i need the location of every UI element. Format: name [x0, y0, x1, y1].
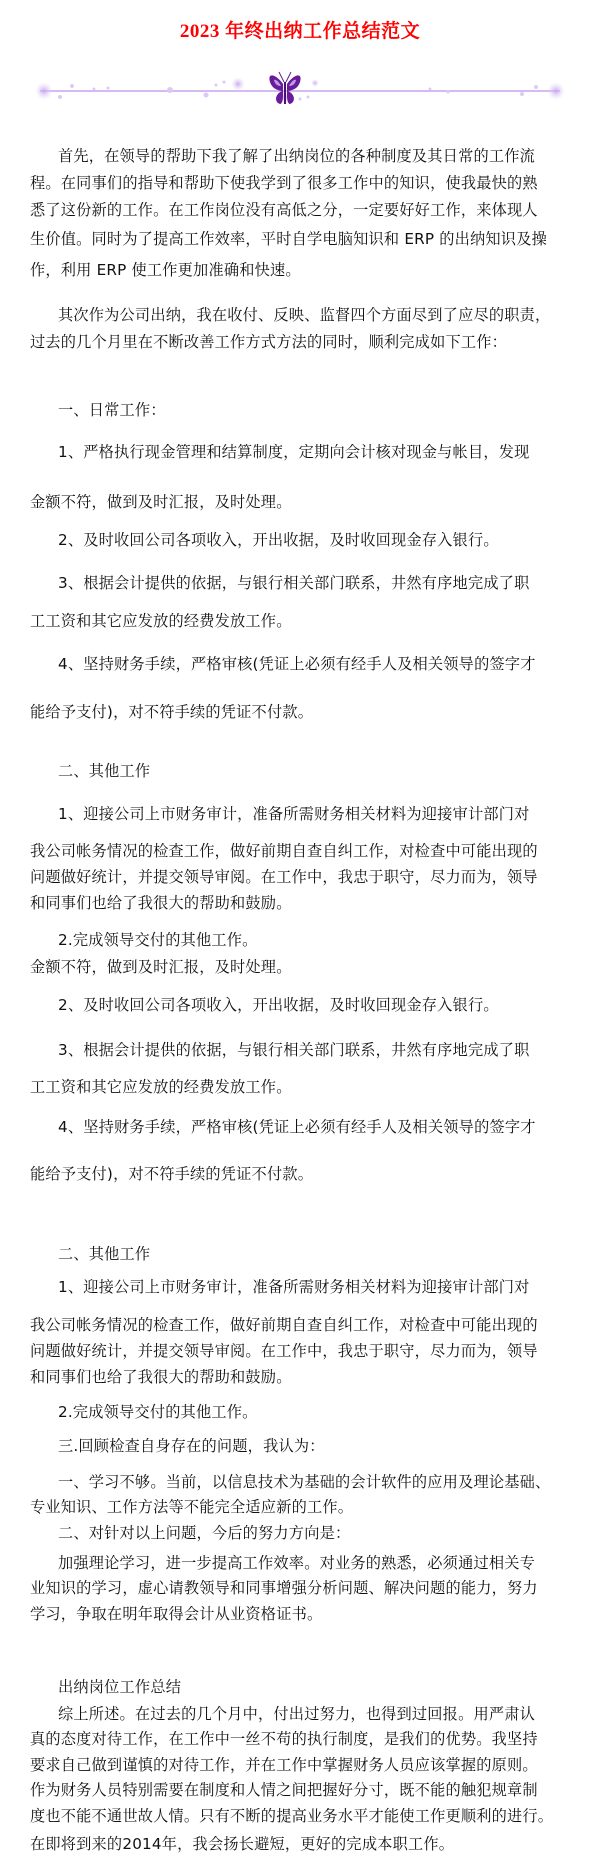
text-line: 出纳岗位工作总结 — [58, 1677, 181, 1697]
text-line: 1、迎接公司上市财务审计，准备所需财务相关材料为迎接审计部门对 — [58, 1277, 530, 1297]
text-line: 二、其他工作 — [58, 761, 150, 781]
text-line: 作为财务人员特别需要在制度和人情之间把握好分寸，既不能的触犯规章制 — [30, 1780, 538, 1800]
text-line: 问题做好统计，并提交领导审阅。在工作中，我忠于职守，尽力而为，领导 — [30, 867, 538, 887]
document-title: 2023 年终出纳工作总结范文 — [0, 16, 600, 43]
text-line: 2、及时收回公司各项收入，开出收据，及时收回现金存入银行。 — [58, 995, 499, 1015]
text-line: 1、迎接公司上市财务审计，准备所需财务相关材料为迎接审计部门对 — [58, 804, 530, 824]
text-line: 3、根据会计提供的依据，与银行相关部门联系，井然有序地完成了职 — [58, 1040, 530, 1060]
text-line: 金额不符，做到及时汇报，及时处理。 — [30, 492, 292, 512]
text-line: 度也不能不通世故人情。只有不断的提高业务水平才能使工作更顺利的进行。 — [30, 1806, 553, 1826]
butterfly-divider-icon — [30, 66, 570, 110]
text-line: 生价值。同时为了提高工作效率，平时自学电脑知识和 ERP 的出纳知识及操 — [30, 229, 547, 249]
text-line: 我公司帐务情况的检查工作，做好前期自查自纠工作，对检查中可能出现的 — [30, 841, 538, 861]
text-line: 真的态度对待工作，在工作中一丝不苟的执行制度，是我们的优势。我坚持 — [30, 1729, 538, 1749]
text-line: 一、学习不够。当前，以信息技术为基础的会计软件的应用及理论基础、 — [58, 1472, 550, 1492]
text-line: 首先，在领导的帮助下我了解了出纳岗位的各种制度及其日常的工作流 — [58, 146, 535, 166]
text-line: 程。在同事们的指导和帮助下使我学到了很多工作中的知识，使我最快的熟 — [30, 173, 538, 193]
decorative-divider — [30, 66, 570, 110]
text-line: 能给予支付)，对不符手续的凭证不付款。 — [30, 1164, 313, 1184]
text-line: 金额不符，做到及时汇报，及时处理。 — [30, 957, 292, 977]
text-line: 过去的几个月里在不断改善工作方式方法的同时，顺利完成如下工作： — [30, 332, 507, 352]
text-line: 作，利用 ERP 使工作更加准确和快速。 — [30, 260, 301, 280]
text-line: 一、日常工作： — [58, 400, 166, 420]
text-line: 工工资和其它应发放的经费发放工作。 — [30, 1077, 292, 1097]
text-line: 和同事们也给了我很大的帮助和鼓励。 — [30, 893, 292, 913]
text-line: 3、根据会计提供的依据，与银行相关部门联系，井然有序地完成了职 — [58, 573, 530, 593]
text-line: 学习，争取在明年取得会计从业资格证书。 — [30, 1604, 322, 1624]
text-line: 专业知识、工作方法等不能完全适应新的工作。 — [30, 1497, 353, 1517]
text-line: 2.完成领导交付的其他工作。 — [58, 1402, 258, 1422]
text-line: 综上所述。在过去的几个月中，付出过努力，也得到过回报。用严肃认 — [58, 1704, 535, 1724]
text-line: 能给予支付)，对不符手续的凭证不付款。 — [30, 702, 313, 722]
text-line: 要求自己做到谨慎的对待工作，并在工作中掌握财务人员应该掌握的原则。 — [30, 1755, 538, 1775]
text-line: 二、对针对以上问题，今后的努力方向是： — [58, 1523, 350, 1543]
text-line: 1、严格执行现金管理和结算制度，定期向会计核对现金与帐目，发现 — [58, 442, 530, 462]
text-line: 三.回顾检查自身存在的问题，我认为： — [58, 1436, 325, 1456]
text-line: 4、坚持财务手续，严格审核(凭证上必须有经手人及相关领导的签字才 — [58, 1117, 536, 1137]
text-line: 我公司帐务情况的检查工作，做好前期自查自纠工作，对检查中可能出现的 — [30, 1315, 538, 1335]
text-line: 二、其他工作 — [58, 1244, 150, 1264]
text-line: 4、坚持财务手续，严格审核(凭证上必须有经手人及相关领导的签字才 — [58, 654, 536, 674]
text-line: 其次作为公司出纳，我在收付、反映、监督四个方面尽到了应尽的职责， — [58, 305, 550, 325]
text-line: 2、及时收回公司各项收入，开出收据，及时收回现金存入银行。 — [58, 530, 499, 550]
text-line: 业知识的学习，虚心请教领导和同事增强分析问题、解决问题的能力，努力 — [30, 1578, 538, 1598]
text-line: 加强理论学习，进一步提高工作效率。对业务的熟悉，必须通过相关专 — [58, 1553, 535, 1573]
text-line: 悉了这份新的工作。在工作岗位没有高低之分，一定要好好工作，来体现人 — [30, 200, 538, 220]
text-line: 和同事们也给了我很大的帮助和鼓励。 — [30, 1367, 292, 1387]
text-line: 工工资和其它应发放的经费发放工作。 — [30, 611, 292, 631]
text-line: 问题做好统计，并提交领导审阅。在工作中，我忠于职守，尽力而为，领导 — [30, 1341, 538, 1361]
text-line: 2.完成领导交付的其他工作。 — [58, 930, 258, 950]
text-line: 在即将到来的2014年，我会扬长避短，更好的完成本职工作。 — [30, 1834, 454, 1854]
